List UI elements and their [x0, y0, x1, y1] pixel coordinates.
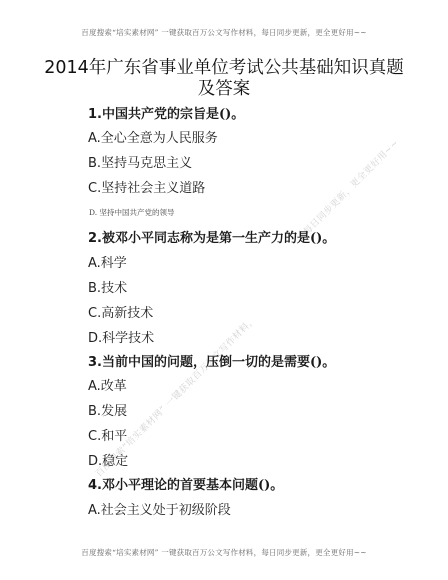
option-text: 社会主义处于初级阶段: [101, 503, 231, 518]
question-2-option-b: B.技术: [88, 277, 127, 296]
document-title: 2014年广东省事业单位考试公共基础知识真题: [0, 58, 448, 79]
question-1-option-b: B.坚持马克思主义: [88, 152, 192, 171]
question-3-option-d: D.稳定: [88, 450, 128, 469]
option-text: 坚持中国共产党的领导: [100, 208, 175, 217]
question-text: 当前中国的问题，压倒一切的是需要()。: [102, 355, 335, 370]
option-label: A.: [88, 131, 101, 146]
option-label: C.: [88, 429, 101, 444]
option-label: D.: [88, 331, 102, 346]
question-1-option-d: D. 坚持中国共产党的领导: [89, 207, 175, 218]
question-1-option-c: C.坚持社会主义道路: [88, 177, 205, 196]
question-2: 2.被邓小平同志称为是第一生产力的是()。: [88, 227, 335, 246]
question-4-option-a: A.社会主义处于初级阶段: [88, 499, 231, 518]
option-text: 改革: [101, 379, 127, 394]
option-text: 发展: [101, 404, 127, 419]
option-label: B.: [88, 156, 101, 171]
document-title-line2: 及答案: [0, 79, 448, 100]
option-text: 和平: [101, 429, 127, 444]
question-2-option-c: C.高新技术: [88, 302, 153, 321]
question-text: 中国共产党的宗旨是()。: [102, 107, 244, 122]
option-label: C.: [88, 181, 101, 196]
question-1: 1.中国共产党的宗旨是()。: [88, 103, 244, 122]
question-3-option-a: A.改革: [88, 375, 127, 394]
footer-banner: 百度搜索“培实素材网” 一键获取百万公文写作材料，每日同步更新，更全更好用~~: [0, 547, 448, 558]
option-text: 稳定: [102, 454, 128, 469]
document-page: 百度搜索“培实素材网” 一键获取百万公文写作材料，每日同步更新，更全更好用~~ …: [0, 0, 448, 580]
question-1-option-a: A.全心全意为人民服务: [88, 127, 218, 146]
question-3-option-b: B.发展: [88, 400, 127, 419]
option-label: B.: [88, 404, 101, 419]
question-number: 2.: [88, 231, 102, 246]
option-label: D.: [89, 208, 97, 217]
option-text: 坚持马克思主义: [101, 156, 192, 171]
option-label: C.: [88, 306, 101, 321]
question-number: 4.: [88, 478, 102, 493]
question-3: 3.当前中国的问题，压倒一切的是需要()。: [88, 351, 335, 370]
question-4: 4.邓小平理论的首要基本问题()。: [88, 474, 283, 493]
option-text: 全心全意为人民服务: [101, 131, 218, 146]
watermark-upper: 每日同步更新，更全更好用~~: [300, 136, 401, 237]
option-text: 科学技术: [102, 331, 154, 346]
option-label: D.: [88, 454, 102, 469]
question-number: 1.: [88, 107, 102, 122]
option-text: 技术: [101, 281, 127, 296]
question-text: 被邓小平同志称为是第一生产力的是()。: [102, 231, 335, 246]
option-text: 科学: [101, 256, 127, 271]
question-number: 3.: [88, 355, 102, 370]
option-text: 坚持社会主义道路: [101, 181, 205, 196]
option-label: A.: [88, 503, 101, 518]
option-text: 高新技术: [101, 306, 153, 321]
question-2-option-a: A.科学: [88, 252, 127, 271]
header-banner: 百度搜索“培实素材网” 一键获取百万公文写作材料，每日同步更新，更全更好用~~: [0, 27, 448, 38]
question-3-option-c: C.和平: [88, 425, 127, 444]
option-label: A.: [88, 379, 101, 394]
option-label: B.: [88, 281, 101, 296]
option-label: A.: [88, 256, 101, 271]
question-2-option-d: D.科学技术: [88, 327, 154, 346]
question-text: 邓小平理论的首要基本问题()。: [102, 478, 283, 493]
